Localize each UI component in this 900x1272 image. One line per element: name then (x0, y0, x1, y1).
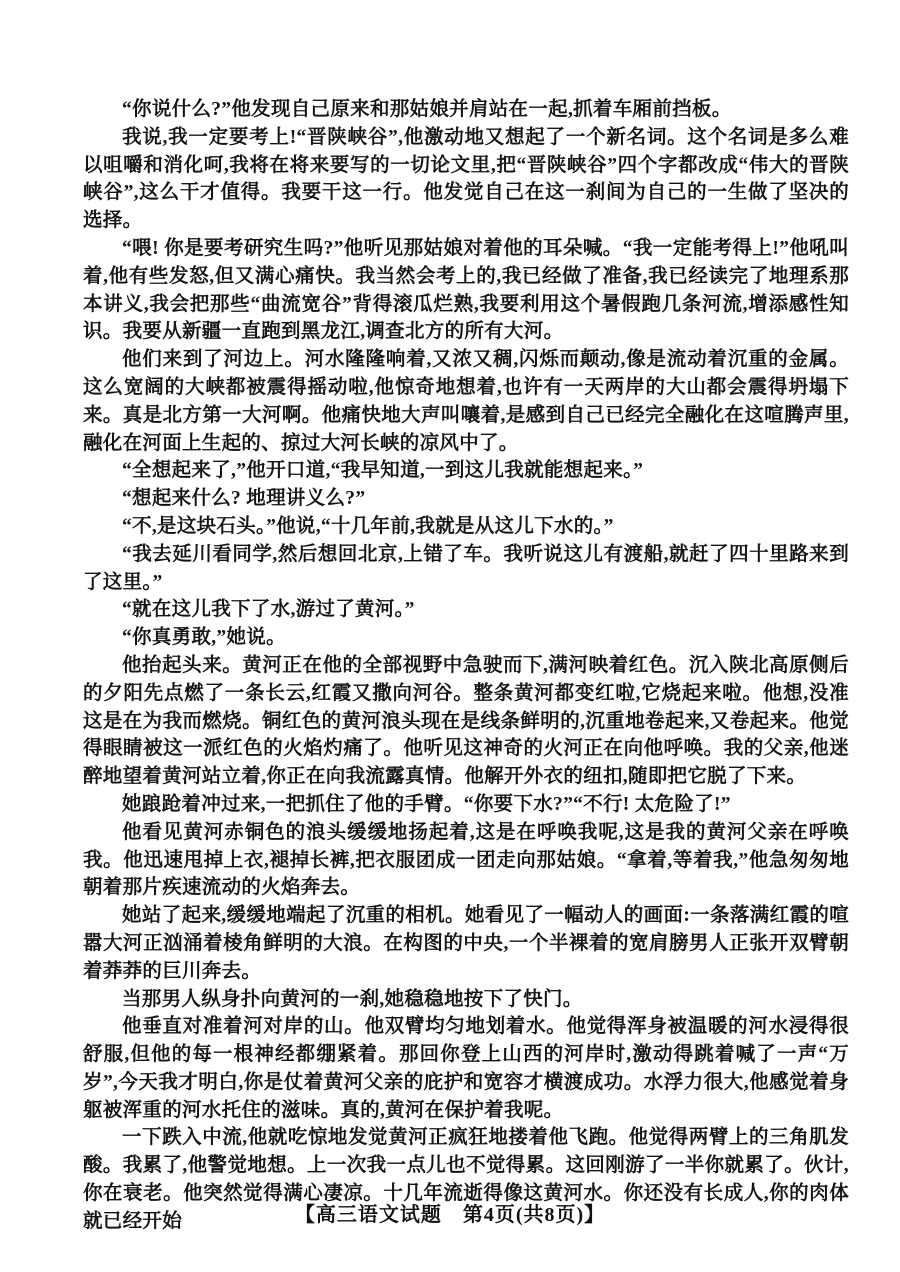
paragraph: 她踉跄着冲过来,一把抓住了他的手臂。“你要下水?”“不行! 太危险了!” (83, 791, 849, 819)
passage-text: “你说什么?”他发现自己原来和那姑娘并肩站在一起,抓着车厢前挡板。 我说,我一定… (83, 96, 849, 1236)
paragraph: 我说,我一定要考上!“晋陕峡谷”,他激动地又想起了一个新名词。这个名词是多么难以… (83, 124, 849, 235)
paragraph: “就在这儿我下了水,游过了黄河。” (83, 596, 849, 624)
paragraph: “喂! 你是要考研究生吗?”他听见那姑娘对着他的耳朵喊。“我一定能考得上!”他吼… (83, 235, 849, 346)
page-footer: 【高三语文试题 第4页(共8页)】 (0, 1198, 900, 1227)
paragraph: “想起来什么? 地理讲义么?” (83, 485, 849, 513)
document-page: “你说什么?”他发现自己原来和那姑娘并肩站在一起,抓着车厢前挡板。 我说,我一定… (0, 0, 900, 1272)
paragraph: “全想起来了,”他开口道,“我早知道,一到这儿我就能想起来。” (83, 457, 849, 485)
paragraph: “我去延川看同学,然后想回北京,上错了车。我听说这儿有渡船,就赶了四十里路来到了… (83, 541, 849, 597)
paragraph: 他看见黄河赤铜色的浪头缓缓地扬起着,这是在呼唤我呢,这是我的黄河父亲在呼唤我。他… (83, 819, 849, 902)
paragraph: “你真勇敢,”她说。 (83, 624, 849, 652)
paragraph: “不,是这块石头。”他说,“十几年前,我就是从这儿下水的。” (83, 513, 849, 541)
paragraph: 他抬起头来。黄河正在他的全部视野中急驶而下,满河映着红色。沉入陕北高原侧后的夕阳… (83, 652, 849, 791)
paragraph: 他垂直对准着河对岸的山。他双臂均匀地划着水。他觉得浑身被温暖的河水浸得很舒服,但… (83, 1013, 849, 1124)
paragraph: 她站了起来,缓缓地端起了沉重的相机。她看见了一幅动人的画面:一条落满红霞的喧嚣大… (83, 902, 849, 985)
paragraph: “你说什么?”他发现自己原来和那姑娘并肩站在一起,抓着车厢前挡板。 (83, 96, 849, 124)
paragraph: 当那男人纵身扑向黄河的一刹,她稳稳地按下了快门。 (83, 986, 849, 1014)
paragraph: 他们来到了河边上。河水隆隆响着,又浓又稠,闪烁而颠动,像是流动着沉重的金属。这么… (83, 346, 849, 457)
